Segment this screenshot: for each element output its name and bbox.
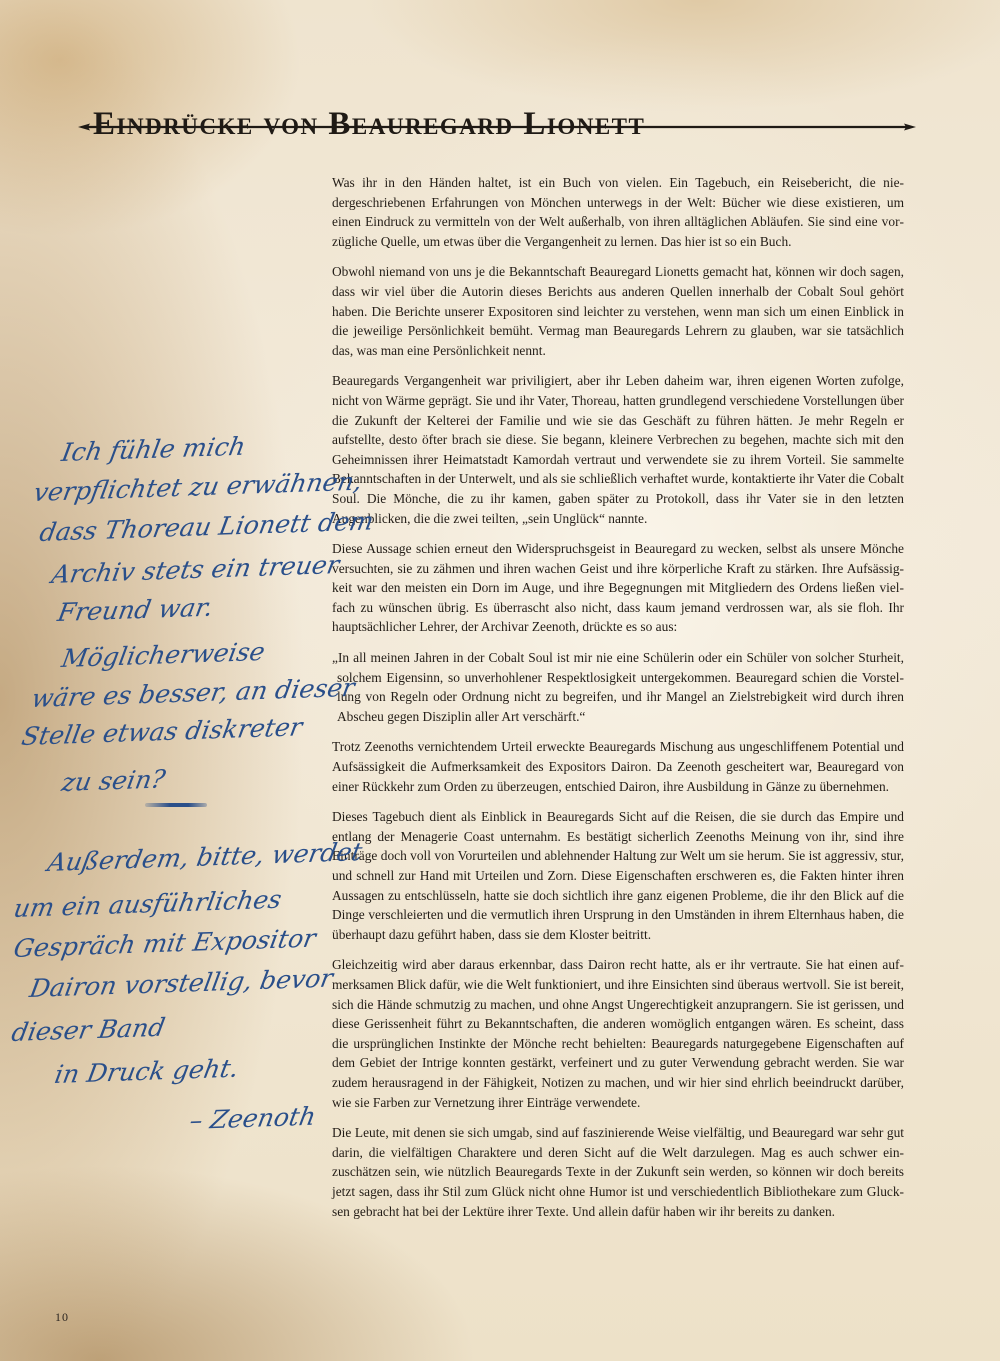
- note-line: Ich fühle mich: [59, 432, 247, 467]
- paragraph: Gleichzeitig wird aber daraus erkennbar,…: [332, 955, 904, 1112]
- note-line: in Druck geht.: [52, 1054, 241, 1089]
- paragraph: Obwohl niemand von uns je die Bekanntsch…: [332, 262, 904, 360]
- paragraph: Diese Aussage schien erneut den Widerspr…: [332, 539, 904, 637]
- handwritten-margin-note: Ich fühle mich verpflichtet zu erwähnen,…: [0, 438, 330, 1158]
- page-number: 10: [55, 1310, 69, 1325]
- paragraph: Trotz Zeenoths vernichtendem Urteil erwe…: [332, 737, 904, 796]
- paragraph: Beauregards Vergangenheit war priviligie…: [332, 371, 904, 528]
- title-divider-arrow: [78, 121, 916, 133]
- note-line: wäre es besser, an dieser: [29, 673, 357, 713]
- note-line: um ein ausführliches: [11, 885, 284, 923]
- note-line: Außerdem, bitte, werdet: [45, 837, 364, 877]
- note-signature: – Zeenoth: [187, 1102, 318, 1135]
- note-line: Stelle etwas diskreter: [19, 712, 304, 751]
- paragraph: Dieses Tagebuch dient als Einblick in Be…: [332, 807, 904, 944]
- note-line: verpflichtet zu erwähnen,: [31, 467, 364, 507]
- note-line: dass Thoreau Lionett dem: [37, 506, 376, 547]
- note-line: Möglicherweise: [59, 637, 267, 673]
- note-line: Freund war.: [55, 593, 215, 627]
- article-body: Was ihr in den Händen haltet, ist ein Bu…: [332, 173, 904, 1232]
- note-line: Archiv stets ein treuer: [49, 550, 341, 589]
- note-line: Gespräch mit Expositor: [11, 924, 318, 963]
- note-line: Dairon vorstellig, bevor: [27, 964, 335, 1003]
- paragraph: Was ihr in den Händen haltet, ist ein Bu…: [332, 173, 904, 251]
- paragraph: Die Leute, mit denen sie sich umgab, sin…: [332, 1123, 904, 1221]
- quote-paragraph: „In all meinen Jahren in der Cobalt Soul…: [332, 648, 904, 726]
- ink-flourish: [145, 803, 207, 807]
- note-line: zu sein?: [59, 764, 167, 797]
- note-line: dieser Band: [9, 1013, 167, 1047]
